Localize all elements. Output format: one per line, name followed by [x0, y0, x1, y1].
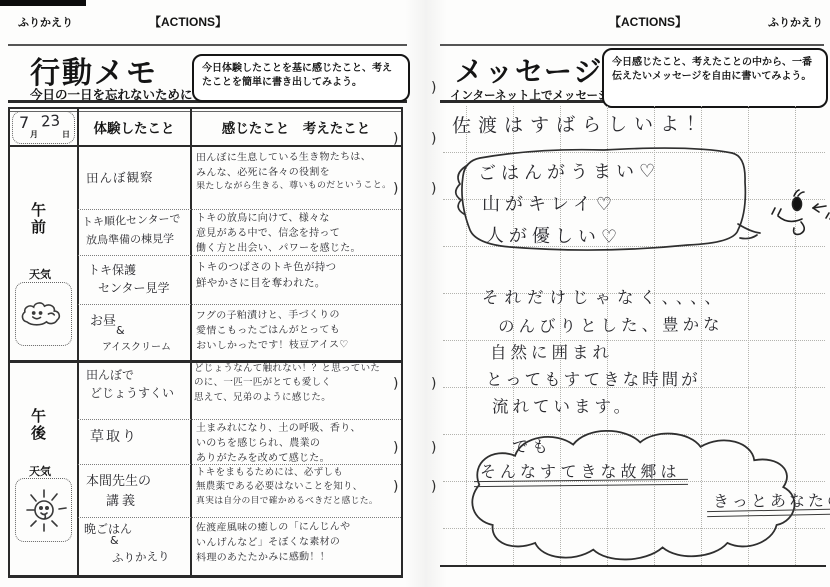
period-label-pm: 午後 [31, 408, 49, 443]
binding-ring: ) [393, 376, 398, 392]
col-header-feel: 感じたこと 考えたこと [192, 117, 400, 137]
date-day-label: 日 [62, 129, 70, 140]
bubble-line: 人が優しい♡ [486, 221, 622, 248]
feel-line: トキの放鳥に向けて、様々な [196, 211, 361, 226]
feel-line: いのちを感じられ、農業の [196, 436, 361, 451]
feel-entry: 土まみれになり、土の呼吸、香り、 いのちを感じられ、農業の ありがたみを改めて感… [196, 421, 361, 467]
message-body-line: とってもすてきな時間が [486, 366, 701, 390]
message-body-line: 自然に囲まれ [490, 339, 613, 363]
row-separator [78, 419, 401, 420]
date-box: 7 月 23 日 [12, 111, 75, 144]
feel-line: 思えて、兄弟のように感じた。 [194, 391, 380, 405]
page-header-actions: 【ACTIONS】 [588, 13, 708, 30]
col-header-experience: 体験したこと [80, 117, 188, 137]
experience-entry: お昼 [90, 310, 116, 329]
feel-line: ありがたみを改めて感じた。 [196, 451, 361, 466]
col-divider-2 [190, 107, 192, 577]
binding-ring: ) [393, 479, 398, 495]
binding-ring: ) [431, 181, 436, 197]
feel-line: 無農薬である必要はないことを知り、 [196, 480, 378, 494]
weather-label-pm: 天気 [8, 463, 72, 479]
experience-entry: ふりかえり [112, 548, 170, 566]
cloud-line-underlined: そんなすてきな故郷は [480, 459, 680, 482]
feel-line: 料理のあたたかみに感動！！ [196, 550, 351, 567]
binding-ring: ) [431, 80, 436, 96]
feel-line: 真実は自分の目で確かめるべきだと感じた。 [196, 495, 378, 508]
experience-entry: & [110, 534, 119, 547]
table-top-border [8, 107, 403, 109]
scan-artifact-bar [0, 0, 86, 6]
feel-line: おいしかったです！枝豆アイス♡ [196, 338, 349, 355]
message-transition: それだけじゃなく、、、、 [482, 284, 727, 308]
message-body-line: 流れています。 [492, 393, 634, 417]
binding-ring: ) [393, 440, 398, 456]
feel-line: どじょうなんて触れない！？と思っていた [194, 362, 380, 376]
date-month-value: 7 [19, 113, 29, 132]
toki-bird-doodle [770, 182, 830, 252]
header-rule [8, 44, 407, 46]
feel-line: 愛情こもったごはんがとっても [196, 323, 349, 340]
cloud-line-underlined: きっとあなたの傍にある [713, 487, 830, 512]
feel-entry: トキをまもるためには、必ずしも 無農薬である必要はないことを知り、 真実は自分の… [196, 466, 378, 508]
feel-line: 土まみれになり、土の呼吸、香り、 [196, 421, 361, 436]
feel-entry: トキの放鳥に向けて、様々な 意見がある中で、信念を持って 働く方と出会い、パワー… [196, 211, 361, 257]
experience-entry: & [116, 324, 125, 337]
instruction-callout: 今日感じたこと、考えたことの中から、一番伝えたいメッセージを自由に書いてみよう。 [602, 48, 828, 108]
feel-line: みんな、必死に各々の役割を [196, 165, 391, 182]
feel-line: フグの子粕漬けと、手づくりの [196, 307, 349, 324]
table-bottom-border [8, 575, 403, 578]
feel-entry: 田んぼに生息している生き物たちは、 みんな、必死に各々の役割を 果たしながら生き… [196, 149, 392, 194]
cloud-doodle-icon [19, 296, 68, 332]
binding-ring: ) [431, 440, 436, 456]
binding-ring: ) [431, 376, 436, 392]
cloud-line: でも [512, 434, 552, 457]
feel-entry: 佐渡産風味の癒しの「にんじんや いんげんなど」そぼくな素材の 料理のあたたかみに… [196, 519, 351, 566]
binding-ring: ) [431, 479, 436, 495]
page-header-actions: 【ACTIONS】 [128, 13, 248, 30]
experience-entry: センター見学 [98, 279, 170, 296]
experience-entry: 晩ごはん [84, 520, 132, 537]
feel-line: 働く方と出会い、パワーを感じた。 [196, 241, 361, 256]
feel-entry: フグの子粕漬けと、手づくりの 愛情こもったごはんがとっても おいしかったです！枝… [196, 307, 349, 354]
bubble-line: ごはんがうまい♡ [478, 157, 660, 186]
binding-ring: ) [431, 131, 436, 147]
date-month-label: 月 [30, 129, 38, 140]
bubble-line: 山がキレイ♡ [482, 190, 617, 216]
experience-entry: トキ順化センターで [82, 210, 181, 229]
sun-doodle-icon [19, 482, 69, 538]
experience-entry: 本間先生の [86, 470, 151, 489]
experience-entry: 草取り [90, 426, 138, 446]
experience-entry: どじょうすくい [90, 384, 174, 401]
feel-entry: トキのつばさのトキ色が持つ 鮮やかさに目を奪われた。 [196, 260, 336, 292]
feel-line: 果たしながら生きる、尊いものだということ。 [196, 180, 391, 195]
row-separator [78, 209, 401, 210]
page-title: メッセージ [455, 50, 603, 90]
col-divider-1 [77, 107, 79, 577]
binding-ring: ) [393, 181, 398, 197]
notebook-scan: ) ) ) ) ) ) ) ) ) ) ) ) ふりかえり 【ACTIONS】 … [0, 0, 830, 587]
feel-line: トキをまもるためには、必ずしも [196, 466, 378, 480]
feel-line: トキのつばさのトキ色が持つ [196, 260, 336, 276]
instruction-callout: 今日体験したことを基に感じたこと、考えたことを簡単に書き出してみよう。 [192, 54, 410, 102]
experience-entry: 講義 [106, 490, 138, 509]
experience-entry: アイスクリーム [102, 338, 171, 353]
table-right-border [401, 107, 403, 577]
experience-entry: トキ保護 [88, 261, 136, 278]
page-corner-label: ふりかえり [18, 14, 73, 30]
page-corner-label: ふりかえり [768, 14, 823, 30]
feel-entry: どじょうなんて触れない！？と思っていた のに、一匹一匹がとても愛しく 思えて、兄… [194, 362, 380, 405]
feel-line: 意見がある中で、信念を持って [196, 226, 361, 241]
feel-line: のに、一匹一匹がとても愛しく [194, 376, 380, 390]
feel-line: 佐渡産風味の癒しの「にんじんや [196, 519, 351, 536]
weather-label-am: 天気 [8, 266, 72, 282]
feel-line: 鮮やかさに目を奪われた。 [196, 276, 336, 292]
weather-box-am [15, 282, 72, 346]
row-separator [78, 517, 401, 518]
page-fold-shadow [405, 0, 447, 587]
weather-box-pm [15, 478, 72, 542]
date-day-value: 23 [40, 111, 60, 130]
experience-entry: 田んぼで [86, 366, 134, 383]
period-label-am: 午前 [31, 202, 49, 237]
table-left-border [8, 107, 10, 577]
experience-entry: 放鳥準備の棟見学 [86, 230, 174, 248]
message-headline: 佐渡はすばらしいよ！ [452, 109, 712, 138]
feel-line: いんげんなど」そぼくな素材の [196, 535, 351, 552]
row-separator [78, 304, 401, 305]
experience-entry: 田んぼ観察 [86, 167, 154, 186]
message-body-line: のんびりとした、豊かな [498, 311, 724, 337]
header-row-border [8, 145, 403, 147]
feel-line: 田んぼに生息している生き物たちは、 [196, 149, 391, 166]
header-rule [440, 44, 824, 46]
